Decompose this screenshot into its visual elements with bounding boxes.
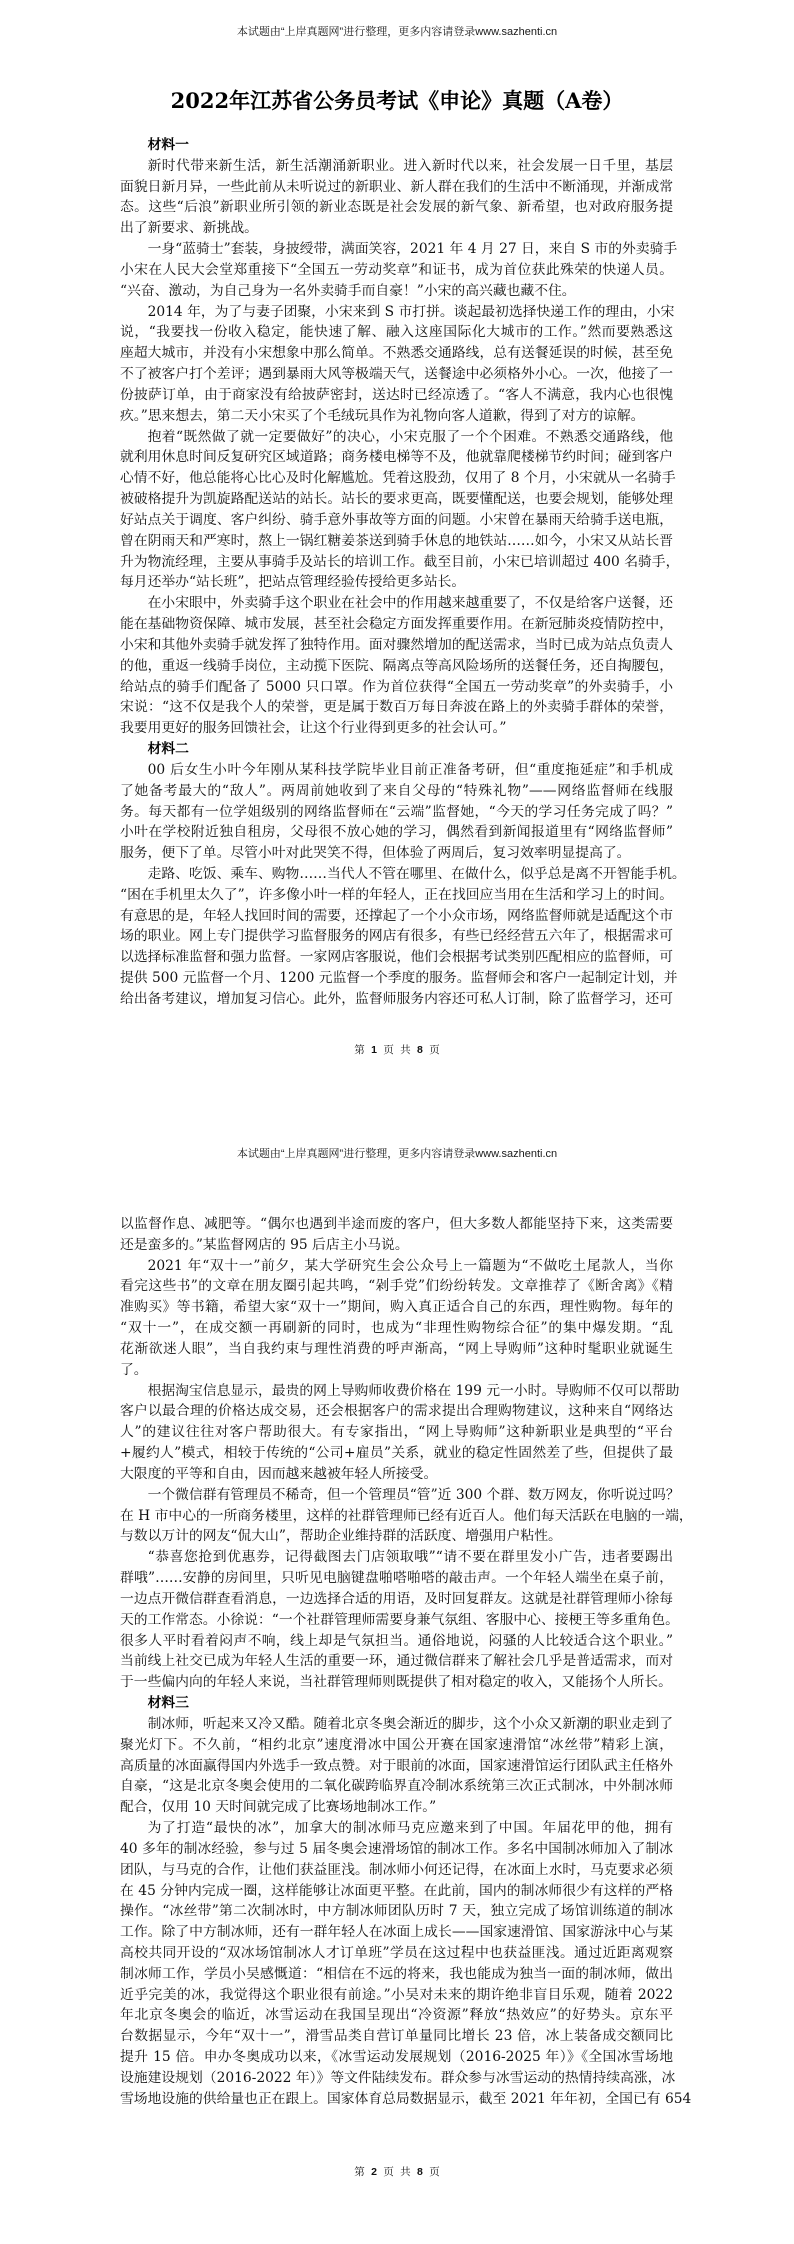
text-line: 准购买》等书籍，希望大家“双十一”期间，购入真正适合自己的东西，理性购物。每年的 (120, 1297, 673, 1318)
text-line: 场的职业。网上专门提供学习监督服务的网店有很多，有些已经经营五六年了，根据需求可 (120, 926, 673, 947)
text-line: 设施建设规划（2016-2022 年）》等文件陆续发布。群众参与冰雪运动的热情持… (120, 2068, 673, 2089)
text-line: 每月还举办“站长班”，把站点管理经验传授给更多站长。 (120, 572, 673, 593)
paragraph: “恭喜您抢到优惠券，记得截图去门店领取哦”“请不要在群里发小广告，违者要踢出群哦… (120, 1547, 673, 1693)
text-line: 新时代带来新生活，新生活潮涌新职业。进入新时代以来，社会发展一日千里，基层 (120, 156, 673, 177)
text-line: 以监督作息、减肥等。“偶尔也遇到半途而废的客户，但大多数人都能坚持下来，这类需要 (120, 1214, 673, 1235)
page-number: 第 1 页 共 8 页 (0, 1043, 794, 1057)
text-line: +履约人”模式，相较于传统的“公司+雇员”关系，就业的稳定性固然差了些，但提供了… (120, 1443, 673, 1464)
current-page-number: 2 (371, 2166, 377, 2178)
text-line: 操作。“冰丝带”第二次制冰时，中方制冰师团队历时 7 天，独立完成了场馆训练道的… (120, 1901, 673, 1922)
text-line: 面貌日新月异，一些此前从未听说过的新职业、新人群在我们的生活中不断涌现，并渐成常 (120, 177, 673, 198)
page-body: 材料一新时代带来新生活，新生活潮涌新职业。进入新时代以来，社会发展一日千里，基层… (120, 135, 673, 1010)
text-line: 提升 15 倍。申办冬奥成功以来，《冰雪运动发展规划（2016-2025 年）》… (120, 2047, 673, 2068)
text-line: 疚。”思来想去，第二天小宋买了个毛绒玩具作为礼物向客人道歉，得到了对方的谅解。 (120, 406, 673, 427)
text-line: 被破格提升为凯旋路配送站的站长。站长的要求更高，既要懂配送，也要会规划，能够处理 (120, 489, 673, 510)
text-line: 有意思的是，年轻人找回时间的需要，还撑起了一个小众市场，网络监督师就是适配这个市 (120, 906, 673, 927)
text-line: 为了打造“最快的冰”，加拿大的制冰师马克应邀来到了中国。年届花甲的他，拥有 (120, 1818, 673, 1839)
text-line: 在 H 市中心的一所商务楼里，这样的社群管理师已经有近百人。他们每天活跃在电脑的… (120, 1506, 673, 1527)
text-line: 高校共同开设的“双冰场馆制冰人才订单班”学员在这过程中也获益匪浅。通过近距离观察 (120, 1943, 673, 1964)
text-line: 工作。除了中方制冰师，还有一群年轻人在冰面上成长——国家速滑馆、国家游泳中心与某 (120, 1922, 673, 1943)
text-line: 小叶在学校附近独自租房，父母很不放心她的学习，偶然看到新闻报道里有“网络监督师” (120, 822, 673, 843)
text-line: 制冰师，听起来又冷又酷。随着北京冬奥会渐近的脚步，这个小众又新潮的职业走到了 (120, 1714, 673, 1735)
paragraph: 2021 年“双十一”前夕，某大学研究生会公众号上一篇题为“不做吃土尾款人，当你… (120, 1256, 673, 1381)
text-line: 很多人平时看着闷声不响，线上却是气氛担当。通俗地说，闷骚的人比较适合这个职业。” (120, 1631, 673, 1652)
paragraph: 以监督作息、减肥等。“偶尔也遇到半途而废的客户，但大多数人都能坚持下来，这类需要… (120, 1214, 673, 1256)
text-line: 说，“我要找一份收入稳定，能快速了解、融入这座国际化大城市的工作。”然而要熟悉这 (120, 322, 673, 343)
text-line: 就利用休息时间反复研究区域道路；商务楼电梯等不及，他就靠爬楼梯节约时间；碰到客户 (120, 447, 673, 468)
text-line: “恭喜您抢到优惠券，记得截图去门店领取哦”“请不要在群里发小广告，违者要踢出 (120, 1547, 673, 1568)
text-line: 的他，重返一线骑手岗位，主动揽下医院、隔离点等高风险场所的送餐任务，还自掏腰包， (120, 656, 673, 677)
text-line: 与数以万计的网友“侃大山”，帮助企业维持群的活跃度、增强用户粘性。 (120, 1526, 673, 1547)
text-line: 一身“蓝骑士”套装，身披绶带，满面笑容，2021 年 4 月 27 日，来自 S… (120, 239, 673, 260)
text-line: 了。 (120, 1360, 673, 1381)
text-line: 份披萨订单，由于商家没有给披萨密封，送达时已经凉透了。“客人不满意，我内心也很愧 (120, 385, 673, 406)
text-line: 座超大城市，并没有小宋想象中那么简单。不熟悉交通路线，总有送餐延误的时候，甚至免 (120, 343, 673, 364)
text-line: 当前线上社交已成为年轻人生活的重要一环，通过微信群来了解社会几乎是普适需求，而对 (120, 1651, 673, 1672)
text-line: 00 后女生小叶今年刚从某科技学院毕业目前正准备考研，但“重度拖延症”和手机成 (120, 760, 673, 781)
text-line: 务。每天都有一位学姐级别的网络监督师在“云端”监督她，“今天的学习任务完成了吗？… (120, 802, 673, 823)
text-line: 于一些偏内向的年轻人来说，当社群管理师则既提供了相对稳定的收入，又能扬个人所长。 (120, 1672, 673, 1693)
text-line: 一边点开微信群查看消息，一边选择合适的用语，及时回复群友。这就是社群管理师小徐每 (120, 1589, 673, 1610)
text-line: 人”的建议往往对客户帮助很大。有专家指出，“网上导购师”这种新职业是典型的“平台 (120, 1422, 673, 1443)
text-line: 2021 年“双十一”前夕，某大学研究生会公众号上一篇题为“不做吃土尾款人，当你 (120, 1256, 673, 1277)
text-line: 一个微信群有管理员不稀奇，但一个管理员“管”近 300 个群、数万网友，你听说过… (120, 1485, 673, 1506)
text-line: 以选择标准监督和强力监督。一家网店客服说，他们会根据考试类别匹配相应的监督师，可 (120, 947, 673, 968)
total-pages-number: 8 (417, 1044, 423, 1056)
text-line: 聚光灯下。不久前，“相约北京”速度滑冰中国公开赛在国家速滑馆“冰丝带”精彩上演， (120, 1735, 673, 1756)
paragraph: 在小宋眼中，外卖骑手这个职业在社会中的作用越来越重要了，不仅是给客户送餐，还能在… (120, 593, 673, 739)
text-line: 出了新要求、新挑战。 (120, 218, 673, 239)
text-line: “兴奋、激动，为自己身为一名外卖骑手而自豪！”小宋的高兴藏也藏不住。 (120, 281, 673, 302)
text-line: 提供 500 元监督一个月、1200 元监督一个季度的服务。监督师会和客户一起制… (120, 968, 673, 989)
document-title: 2022年江苏省公务员考试《申论》真题（A卷） (0, 88, 794, 114)
text-line: 了她备考最大的“敌人”。两周前她收到了来自父母的“特殊礼物”——网络监督师在线服 (120, 781, 673, 802)
text-line: 近乎完美的冰，我觉得这个职业很有前途。”小吴对未来的期许绝非盲目乐观，随着 20… (120, 1985, 673, 2006)
text-line: 雪场地设施的供给量也正在跟上。国家体育总局数据显示，截至 2021 年年初，全国… (120, 2089, 673, 2110)
text-line: 能在基础物资保障、城市发展，甚至社会稳定方面发挥重要作用。在新冠肺炎疫情防控中， (120, 614, 673, 635)
text-line: 大限度的平等和自由，因而越来越被年轻人所接受。 (120, 1464, 673, 1485)
page-number-suffix: 页 (429, 2166, 440, 2178)
page-number-mid: 页 共 (383, 1044, 410, 1056)
text-line: 宋说：“这不仅是我个人的荣誉，更是属于数百万每日奔波在路上的外卖骑手群体的荣誉， (120, 697, 673, 718)
text-line: 服务，便下了单。尽管小叶对此哭笑不得，但体验了两周后，复习效率明显提高了。 (120, 843, 673, 864)
page-2: 本试题由“上岸真题网”进行整理，更多内容请登录www.sazhenti.cn 以… (0, 1122, 794, 2244)
text-line: 给站点的骑手们配备了 5000 只口罩。作为首位获得“全国五一劳动奖章”的外卖骑… (120, 677, 673, 698)
text-line: 抱着“既然做了就一定要做好”的决心，小宋克服了一个个困难。不熟悉交通路线，他 (120, 427, 673, 448)
text-line: 40 多年的制冰经验，参与过 5 届冬奥会速滑场馆的制冰工作。多名中国制冰师加入… (120, 1839, 673, 1860)
text-line: 团队，与马克的合作，让他们获益匪浅。制冰师小何还记得，在冰面上水时，马克要求必须 (120, 1860, 673, 1881)
text-line: 在小宋眼中，外卖骑手这个职业在社会中的作用越来越重要了，不仅是给客户送餐，还 (120, 593, 673, 614)
paragraph: 00 后女生小叶今年刚从某科技学院毕业目前正准备考研，但“重度拖延症”和手机成了… (120, 760, 673, 864)
text-line: 小宋在人民大会堂郑重接下“全国五一劳动奖章”和证书，成为首位获此殊荣的快递人员。 (120, 260, 673, 281)
text-line: 还是蛮多的。”某监督网店的 95 后店主小马说。 (120, 1235, 673, 1256)
text-line: 小宋和其他外卖骑手就发挥了独特作用。面对骤然增加的配送需求，当时已成为站点负责人 (120, 635, 673, 656)
text-line: 升为物流经理，主要从事骑手及站长的培训工作。截至目前，小宋已培训超过 400 名… (120, 552, 673, 573)
total-pages-number: 8 (417, 2166, 423, 2178)
page-number-mid: 页 共 (383, 2166, 410, 2178)
paragraph: 一个微信群有管理员不稀奇，但一个管理员“管”近 300 个群、数万网友，你听说过… (120, 1485, 673, 1547)
text-line: 心情不好，他总能将心比心及时化解尴尬。凭着这股劲，仅用了 8 个月，小宋就从一名… (120, 468, 673, 489)
text-line: 群哦”……安静的房间里，只听见电脑键盘啪嗒啪嗒的敲击声。一个年轻人端坐在桌子前， (120, 1568, 673, 1589)
text-line: 台数据显示，今年“双十一”，滑雪品类自营订单量同比增长 23 倍，冰上装备成交额… (120, 2026, 673, 2047)
text-line: 年北京冬奥会的临近，冰雪运动在我国呈现出“冷资源”释放“热效应”的好势头。京东平 (120, 2005, 673, 2026)
text-line: 走路、吃饭、乘车、购物……当代人不管在哪里、在做什么，似乎总是离不开智能手机。 (120, 864, 673, 885)
text-line: “双十一”，在成交额一再刷新的同时，也成为“非理性购物综合征”的集中爆发期。“乱 (120, 1318, 673, 1339)
paragraph: 为了打造“最快的冰”，加拿大的制冰师马克应邀来到了中国。年届花甲的他，拥有40 … (120, 1818, 673, 2110)
material-heading: 材料三 (120, 1693, 673, 1714)
text-line: 好站点关于调度、客户纠纷、骑手意外事故等方面的问题。小宋曾在暴雨天给骑手送电瓶， (120, 510, 673, 531)
page-body: 以监督作息、减肥等。“偶尔也遇到半途而废的客户，但大多数人都能坚持下来，这类需要… (120, 1214, 673, 2110)
text-line: 态。这些“后浪”新职业所引领的新业态既是社会发展的新气象、新希望，也对政府服务提 (120, 197, 673, 218)
text-line: 根据淘宝信息显示，最贵的网上导购师收费价格在 199 元一小时。导购师不仅可以帮… (120, 1381, 673, 1402)
paragraph: 2014 年，为了与妻子团聚，小宋来到 S 市打拼。谈起最初选择快递工作的理由，… (120, 302, 673, 427)
paragraph: 制冰师，听起来又冷又酷。随着北京冬奥会渐近的脚步，这个小众又新潮的职业走到了聚光… (120, 1714, 673, 1818)
paragraph: 一身“蓝骑士”套装，身披绶带，满面笑容，2021 年 4 月 27 日，来自 S… (120, 239, 673, 301)
text-line: 制冰师工作，学员小吴感慨道：“相信在不远的将来，我也能成为独当一面的制冰师，做出 (120, 1964, 673, 1985)
paragraph: 新时代带来新生活，新生活潮涌新职业。进入新时代以来，社会发展一日千里，基层面貌日… (120, 156, 673, 239)
paragraph: 抱着“既然做了就一定要做好”的决心，小宋克服了一个个困难。不熟悉交通路线，他就利… (120, 427, 673, 594)
text-line: 高质量的冰面赢得国内外选手一致点赞。对于眼前的冰面，国家速滑馆运行团队武主任格外 (120, 1756, 673, 1777)
page-header-notice: 本试题由“上岸真题网”进行整理，更多内容请登录www.sazhenti.cn (0, 1147, 794, 1161)
page-number-prefix: 第 (354, 1044, 365, 1056)
text-line: 配合，仅用 10 天时间就完成了比赛场地制冰工作。” (120, 1797, 673, 1818)
text-line: 不了被客户打个差评；遇到暴雨大风等极端天气，送餐途中必须格外小心。一次，他接了一 (120, 364, 673, 385)
text-line: 给出备考建议，增加复习信心。此外，监督师服务内容还可私人订制，除了监督学习，还可 (120, 989, 673, 1010)
text-line: 花渐欲迷人眼”，当自我约束与理性消费的呼声渐高，“网上导购师”这种时髦职业就诞生 (120, 1339, 673, 1360)
text-line: 曾在阴雨天和严寒时，熬上一锅红糖姜茶送到骑手休息的地铁站……如今，小宋又从站长晋 (120, 531, 673, 552)
text-line: 自豪，“这是北京冬奥会使用的二氧化碳跨临界直冷制冰系统第三次正式制冰，中外制冰师 (120, 1776, 673, 1797)
material-heading: 材料一 (120, 135, 673, 156)
page-number-suffix: 页 (429, 1044, 440, 1056)
text-line: 看完这些书”的文章在朋友圈引起共鸣，“剁手党”们纷纷转发。文章推荐了《断舍离》《… (120, 1276, 673, 1297)
paragraph: 根据淘宝信息显示，最贵的网上导购师收费价格在 199 元一小时。导购师不仅可以帮… (120, 1381, 673, 1485)
text-line: 我要用更好的服务回馈社会，让这个行业得到更多的社会认可。” (120, 718, 673, 739)
text-line: “困在手机里太久了”，许多像小叶一样的年轻人，正在找回应当用在生活和学习上的时间… (120, 885, 673, 906)
text-line: 2014 年，为了与妻子团聚，小宋来到 S 市打拼。谈起最初选择快递工作的理由，… (120, 302, 673, 323)
page-number: 第 2 页 共 8 页 (0, 2165, 794, 2179)
text-line: 天的工作常态。小徐说：“一个社群管理师需要身兼气氛组、客服中心、接梗王等多重角色… (120, 1610, 673, 1631)
page-1: 本试题由“上岸真题网”进行整理，更多内容请登录www.sazhenti.cn 2… (0, 0, 794, 1122)
page-header-notice: 本试题由“上岸真题网”进行整理，更多内容请登录www.sazhenti.cn (0, 25, 794, 39)
material-heading: 材料二 (120, 739, 673, 760)
current-page-number: 1 (371, 1044, 377, 1056)
paragraph: 走路、吃饭、乘车、购物……当代人不管在哪里、在做什么，似乎总是离不开智能手机。“… (120, 864, 673, 1010)
text-line: 客户以最合理的价格达成交易，还会根据客户的需求提出合理购物建议，这种来自“网络达 (120, 1401, 673, 1422)
page-number-prefix: 第 (354, 2166, 365, 2178)
text-line: 在 45 分钟内完成一圈，这样能够让冰面更平整。在此前，国内的制冰师很少有这样的… (120, 1881, 673, 1902)
